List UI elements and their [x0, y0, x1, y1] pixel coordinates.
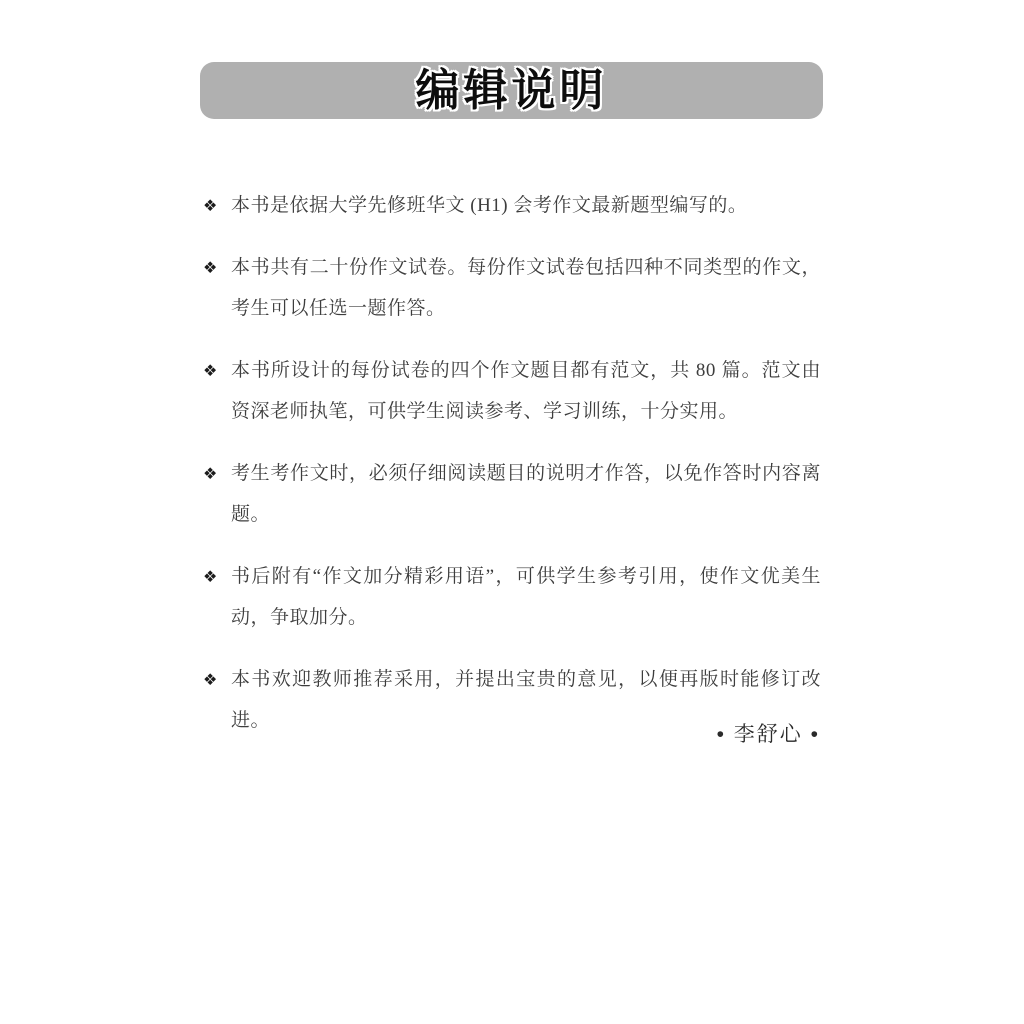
note-item: ❖ 本书共有二十份作文试卷。每份作文试卷包括四种不同类型的作文，考生可以任选一题…	[203, 247, 821, 329]
note-text: 书后附有“作文加分精彩用语”，可供学生参考引用，使作文优美生动，争取加分。	[231, 556, 821, 638]
book-page: 编辑说明 ❖ 本书是依据大学先修班华文 (H1) 会考作文最新题型编写的。 ❖ …	[0, 0, 1024, 1024]
page-title: 编辑说明	[416, 69, 608, 113]
note-item: ❖ 书后附有“作文加分精彩用语”，可供学生参考引用，使作文优美生动，争取加分。	[203, 556, 821, 638]
section-header-banner: 编辑说明	[200, 62, 823, 119]
note-item: ❖ 考生考作文时，必须仔细阅读题目的说明才作答，以免作答时内容离题。	[203, 453, 821, 535]
diamond-bullet-icon: ❖	[203, 185, 231, 226]
note-text: 本书是依据大学先修班华文 (H1) 会考作文最新题型编写的。	[231, 185, 821, 226]
note-text: 本书共有二十份作文试卷。每份作文试卷包括四种不同类型的作文，考生可以任选一题作答…	[231, 247, 821, 329]
diamond-bullet-icon: ❖	[203, 556, 231, 597]
diamond-bullet-icon: ❖	[203, 659, 231, 700]
author-signature: • 李舒心 •	[717, 718, 820, 748]
diamond-bullet-icon: ❖	[203, 350, 231, 391]
note-item: ❖ 本书所设计的每份试卷的四个作文题目都有范文，共 80 篇。范文由资深老师执笔…	[203, 350, 821, 432]
note-text: 考生考作文时，必须仔细阅读题目的说明才作答，以免作答时内容离题。	[231, 453, 821, 535]
note-text: 本书所设计的每份试卷的四个作文题目都有范文，共 80 篇。范文由资深老师执笔，可…	[231, 350, 821, 432]
diamond-bullet-icon: ❖	[203, 453, 231, 494]
editorial-notes-list: ❖ 本书是依据大学先修班华文 (H1) 会考作文最新题型编写的。 ❖ 本书共有二…	[203, 185, 821, 762]
note-item: ❖ 本书是依据大学先修班华文 (H1) 会考作文最新题型编写的。	[203, 185, 821, 226]
diamond-bullet-icon: ❖	[203, 247, 231, 288]
